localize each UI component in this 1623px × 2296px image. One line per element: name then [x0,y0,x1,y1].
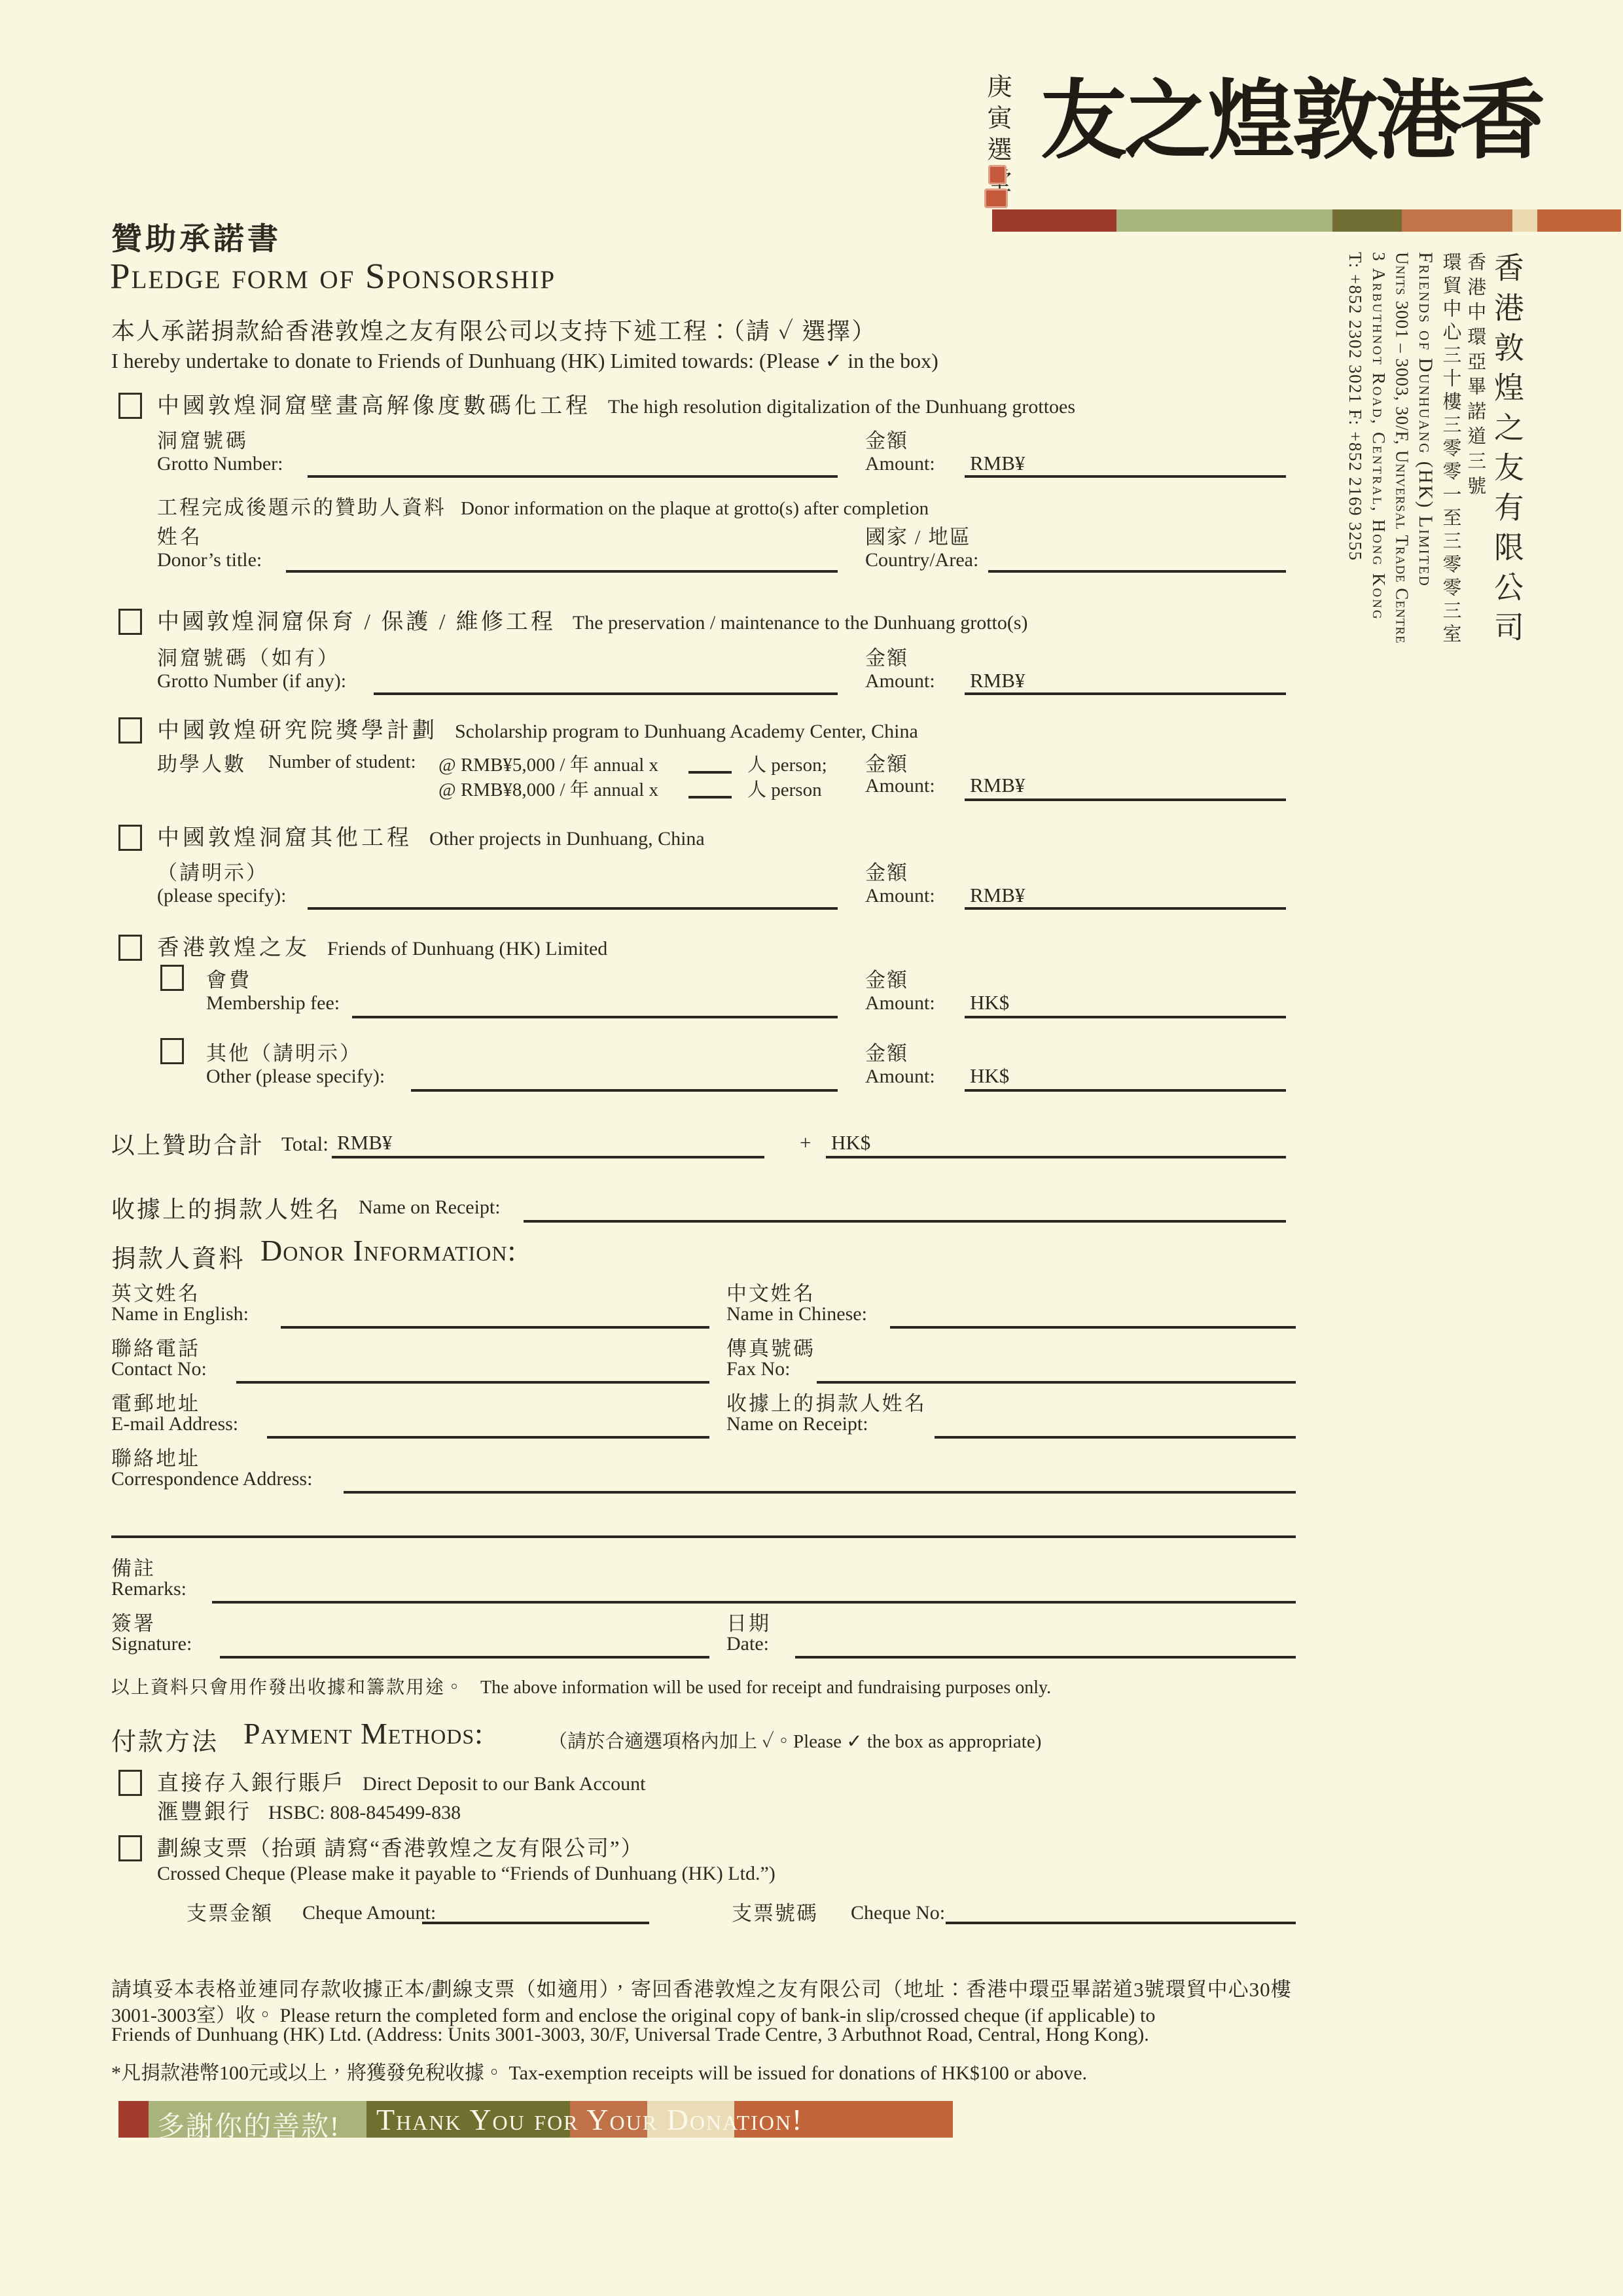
amount-label-en: Amount: [865,992,935,1014]
amount-input-line[interactable] [965,692,1286,695]
amount-input-line[interactable] [965,475,1286,478]
checkbox-preservation[interactable] [118,609,142,635]
country-label-cjk: 國家 / 地區 [865,520,971,550]
pledge-form-page: 庚寅選堂 友之煌敦港香 香港敦煌之友有限公司 香港中環亞畢諾道三號 環貿中心三十… [0,0,1623,2296]
name-english-label-en: Name in English: [111,1303,249,1325]
other-label-en: Other (please specify): [206,1066,385,1088]
cheque-no-label-cjk: 支票號碼 [732,1897,818,1926]
intro-cjk: 本人承諾捐款給香港敦煌之友有限公司以支持下述工程：（請 ✓ 選擇） [111,313,876,346]
country-input-line[interactable] [988,570,1286,573]
amount-label-cjk: 金額 [865,856,908,886]
amount-label-cjk: 金額 [865,963,908,993]
plus-sign: + [800,1131,811,1155]
address-input-line[interactable] [344,1491,1296,1494]
scholarship-option-8000: @ RMB¥8,000 / 年 annual x [438,775,658,802]
donor-title-input-line[interactable] [286,570,838,573]
field-label-cjk: 姓名 [157,520,203,550]
contact-label-en: Contact No: [111,1358,207,1380]
contact-input-line[interactable] [236,1381,709,1384]
students-label-en: Number of student: [268,751,416,773]
currency-rmb: RMB¥ [970,884,1025,907]
amount-input-line[interactable] [965,798,1286,801]
section-title-cjk: 中國敦煌洞窟壁畫高解像度數碼化工程 [157,387,591,420]
section-title-en: The preservation / maintenance to the Du… [573,612,1028,634]
band-segment [1537,209,1621,232]
person-unit: 人 person [747,775,822,802]
students-count-input-line[interactable] [688,796,732,798]
currency-rmb: RMB¥ [970,669,1025,692]
cheque-label-cjk: 劃線支票（抬頭 請寫“香港敦煌之友有限公司”） [157,1831,644,1862]
payment-heading-en: Payment Methods: [243,1716,484,1751]
grotto-number-input-line[interactable] [308,475,838,478]
field-label-en: Grotto Number (if any): [157,670,346,692]
currency-hkd: HK$ [970,991,1009,1014]
total-label-en: Total: [281,1132,329,1156]
band-segment [1332,209,1402,232]
band-segment [992,209,1116,232]
other-input-line[interactable] [411,1089,838,1092]
field-label-en: Donor’s title: [157,549,262,571]
signature-label-en: Signature: [111,1633,192,1655]
contact-label-cjk: 聯絡電話 [111,1332,200,1361]
checkbox-other-donation[interactable] [160,1038,184,1064]
other-label-cjk: 其他（請明示） [206,1037,362,1066]
payment-heading-note: （請於合適選項格內加上 ✓。Please ✓ the box as approp… [548,1727,1041,1753]
address-label-en: Correspondence Address: [111,1468,312,1490]
email-input-line[interactable] [267,1436,709,1439]
amount-input-line[interactable] [965,1016,1286,1018]
donor-heading-en: Donor Information: [260,1233,516,1268]
org-name-en: Friends of Dunhuang (HK) Limited [1413,252,1438,795]
name-chinese-label-cjk: 中文姓名 [726,1277,815,1306]
banner-text-cjk: 多謝你的善款! [157,2105,340,2144]
brand-color-band [992,209,1621,232]
amount-label-cjk: 金額 [865,1037,908,1066]
email-label-cjk: 電郵地址 [111,1387,200,1416]
address-label-cjk: 聯絡地址 [111,1442,200,1471]
checkbox-scholarship[interactable] [118,717,142,744]
name-chinese-input-line[interactable] [890,1326,1296,1329]
return-instructions-line1: 請填妥本表格並連同存款收據正本/劃線支票（如適用），寄回香港敦煌之友有限公司（地… [111,1973,1292,2002]
cheque-amount-label-en: Cheque Amount: [302,1902,436,1924]
students-label-cjk: 助學人數 [157,747,246,777]
section-title-en: The high resolution digitalization of th… [608,396,1075,418]
org-tel-fax: T: +852 2302 3021 F: +852 2169 3255 [1344,252,1367,795]
deposit-label-cjk: 直接存入銀行賬戶 [157,1766,346,1797]
amount-label-cjk: 金額 [865,747,908,777]
org-address-cjk-line2: 環貿中心三十樓三零零一至三零零三室 [1438,252,1463,795]
section-title-en: Other projects in Dunhuang, China [429,828,705,850]
bank-name-cjk: 滙豐銀行 [157,1795,251,1825]
amount-label-en: Amount: [865,453,935,475]
fax-input-line[interactable] [817,1381,1296,1384]
field-label-cjk: （請明示） [157,856,268,886]
receipt-name2-label-cjk: 收據上的捐款人姓名 [726,1387,927,1416]
total-hkd-input-line[interactable] [826,1156,1286,1158]
scholarship-option-5000: @ RMB¥5,000 / 年 annual x [438,750,658,777]
total-rmb-input-line[interactable] [332,1156,764,1158]
section-title-en: Scholarship program to Dunhuang Academy … [455,721,918,743]
checkbox-direct-deposit[interactable] [118,1770,142,1796]
remarks-input-line[interactable] [212,1601,1296,1604]
name-chinese-label-en: Name in Chinese: [726,1303,867,1325]
field-label-en: Grotto Number: [157,453,283,475]
amount-label-en: Amount: [865,885,935,907]
section-title-cjk: 中國敦煌洞窟其他工程 [157,819,412,852]
email-label-en: E-mail Address: [111,1413,238,1435]
org-name-cjk: 香港敦煌之友有限公司 [1487,252,1526,795]
privacy-note-en: The above information will be used for r… [480,1677,1051,1698]
currency-rmb: RMB¥ [337,1131,392,1155]
country-label-en: Country/Area: [865,549,978,571]
band-segment [1402,209,1512,232]
specify-input-line[interactable] [308,907,838,910]
field-label-cjk: 洞窟號碼 [157,424,249,454]
section-title-cjk: 香港敦煌之友 [157,929,310,961]
plaque-note-en: Donor information on the plaque at grott… [461,498,929,520]
name-english-label-cjk: 英文姓名 [111,1277,200,1306]
org-address-block: 香港敦煌之友有限公司 香港中環亞畢諾道三號 環貿中心三十樓三零零一至三零零三室 … [1344,252,1526,795]
bank-account-number: HSBC: 808-845499-838 [268,1802,461,1824]
tax-exemption-note: *凡捐款港幣100元或以上，將獲發免稅收據。 Tax-exemption rec… [111,2056,1087,2085]
address-input-line-2[interactable] [111,1535,1296,1538]
intro-en: I hereby undertake to donate to Friends … [111,348,938,373]
students-count-input-line[interactable] [688,771,732,774]
form-title-en: Pledge form of Sponsorship [110,255,556,296]
checkbox-friends-of-dunhuang[interactable] [118,935,142,961]
receipt-name2-input-line[interactable] [935,1436,1296,1439]
membership-label-cjk: 會費 [206,963,252,993]
receipt-name-label-cjk: 收據上的捐款人姓名 [111,1191,341,1225]
band-segment [1512,209,1537,232]
field-label-en: (please specify): [157,885,286,907]
section-title-cjk: 中國敦煌研究院獎學計劃 [157,712,438,744]
checkbox-digitalization[interactable] [118,393,142,419]
receipt-name-input-line[interactable] [524,1220,1286,1223]
amount-label-en: Amount: [865,775,935,797]
amount-label-cjk: 金額 [865,424,908,454]
cheque-label-en: Crossed Cheque (Please make it payable t… [157,1863,776,1885]
field-label-cjk: 洞窟號碼（如有） [157,641,340,671]
return-instructions-line3: Friends of Dunhuang (HK) Ltd. (Address: … [111,2024,1149,2046]
membership-label-en: Membership fee: [206,992,340,1014]
signature-input-line[interactable] [220,1656,709,1659]
amount-label-cjk: 金額 [865,641,908,671]
form-title-cjk: 贊助承諾書 [111,215,281,259]
donor-heading-cjk: 捐款人資料 [111,1238,245,1274]
amount-label-en: Amount: [865,670,935,692]
fax-label-en: Fax No: [726,1358,791,1380]
org-address-en-line1: Units 3001 – 3003, 30/F, Universal Trade… [1390,252,1413,795]
privacy-note-cjk: 以上資料只會用作發出收據和籌款用途。 [111,1673,465,1699]
section-title-en: Friends of Dunhuang (HK) Limited [327,938,607,960]
date-label-cjk: 日期 [726,1607,771,1636]
plaque-note-cjk: 工程完成後題示的贊助人資料 [157,491,446,520]
cheque-amount-input-line[interactable] [422,1922,649,1924]
logo-calligraphy: 友之煌敦港香 [1041,51,1538,175]
checkbox-membership-fee[interactable] [160,965,184,991]
cheque-no-input-line[interactable] [946,1922,1296,1924]
remarks-label-en: Remarks: [111,1578,187,1600]
date-input-line[interactable] [795,1656,1296,1659]
checkbox-other-projects[interactable] [118,825,142,851]
currency-rmb: RMB¥ [970,774,1025,797]
band-segment [1116,209,1332,232]
signature-label-cjk: 簽署 [111,1607,156,1636]
currency-hkd: HK$ [831,1131,870,1155]
membership-fee-input-line[interactable] [352,1016,838,1018]
receipt-name2-label-en: Name on Receipt: [726,1413,868,1435]
amount-input-line[interactable] [965,907,1286,910]
currency-hkd: HK$ [970,1064,1009,1088]
cheque-no-label-en: Cheque No: [851,1902,945,1924]
receipt-name-label-en: Name on Receipt: [359,1196,501,1219]
thank-you-banner: 多謝你的善款! Thank You for Your Donation! [118,2101,953,2138]
banner-text-en: Thank You for Your Donation! [376,2102,803,2137]
red-seal-icon [988,165,1007,185]
total-label-cjk: 以上贊助合計 [111,1127,264,1160]
amount-input-line[interactable] [965,1089,1286,1092]
cheque-amount-label-cjk: 支票金額 [187,1897,273,1926]
deposit-label-en: Direct Deposit to our Bank Account [363,1773,645,1795]
name-english-input-line[interactable] [281,1326,709,1329]
person-unit: 人 person; [747,750,827,777]
date-label-en: Date: [726,1633,769,1655]
amount-label-en: Amount: [865,1066,935,1088]
red-seal-icon [984,188,1008,208]
fax-label-cjk: 傳真號碼 [726,1332,815,1361]
payment-heading-cjk: 付款方法 [111,1721,219,1757]
org-address-cjk-line1: 香港中環亞畢諾道三號 [1463,252,1488,795]
remarks-label-cjk: 備註 [111,1552,156,1581]
section-title-cjk: 中國敦煌洞窟保育 / 保護 / 維修工程 [157,603,556,636]
grotto-number-if-any-input-line[interactable] [374,692,838,695]
currency-rmb: RMB¥ [970,452,1025,475]
org-address-en-line2: 3 Arbuthnot Road, Central, Hong Kong [1367,252,1390,795]
checkbox-crossed-cheque[interactable] [118,1835,142,1861]
banner-segment [118,2101,149,2138]
